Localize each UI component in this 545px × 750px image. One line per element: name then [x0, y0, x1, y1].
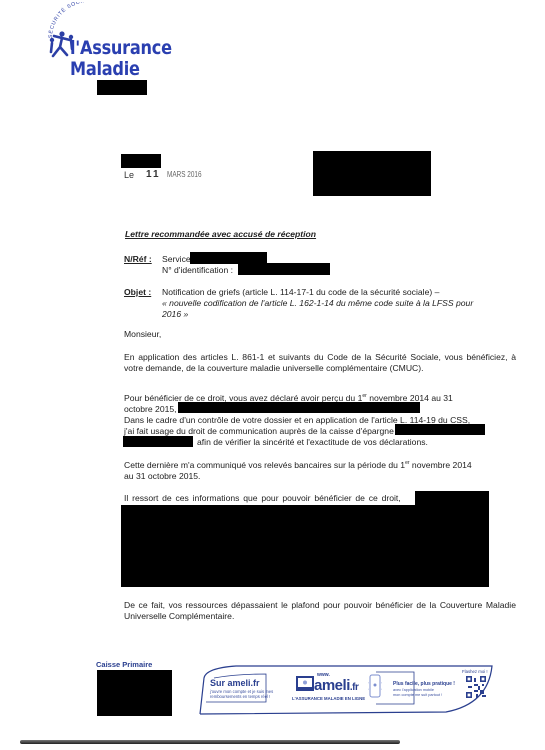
redacted-block — [123, 436, 193, 447]
paragraph-conclusion: De ce fait, vos ressources dépassaient l… — [124, 600, 516, 622]
banner-brand[interactable]: ameli.fr — [314, 677, 358, 694]
banner-app-sub-1: avec l'application mobile — [393, 688, 434, 692]
date-prefix: Le — [124, 170, 134, 180]
objet-label: Objet : — [124, 287, 151, 298]
redacted-findings — [121, 505, 489, 587]
date-month-year: MARS 2016 — [167, 170, 202, 179]
objet-line-1: Notification de griefs (article L. 114-1… — [162, 287, 439, 298]
paragraph-findings: Il ressort de ces informations que pour … — [124, 493, 401, 504]
salutation: Monsieur, — [124, 329, 161, 340]
paragraph-declared-income-end: octobre 2015, — [124, 404, 177, 415]
caisse-primaire-label: Caisse Primaire — [96, 660, 152, 669]
objet-line-3: 2016 » — [162, 309, 188, 320]
objet-line-2: « nouvelle codification de l'article L. … — [162, 298, 473, 309]
redacted-block — [395, 424, 485, 435]
redacted-address — [313, 151, 431, 196]
banner-brand-tagline: L'ASSURANCE MALADIE EN LIGNE — [292, 696, 365, 701]
paragraph-bank-statements-end: au 31 octobre 2015. — [124, 471, 200, 482]
redacted-block — [121, 154, 161, 168]
delivery-mode: Lettre recommandée avec accusé de récept… — [125, 229, 316, 240]
paragraph-bank-statements: Cette dernière m'a communiqué vos relevé… — [124, 460, 472, 471]
qr-code-icon[interactable] — [466, 676, 486, 698]
date-day: 11 — [146, 169, 161, 180]
paragraph-control-line-3: afin de vérifier la sincérité et l'exact… — [197, 437, 428, 448]
computer-icon — [296, 676, 314, 692]
qr-label: Flashez moi ! — [462, 669, 488, 674]
redacted-caisse-address — [97, 670, 172, 716]
scan-edge-shadow — [20, 740, 400, 744]
smartphone-icon — [368, 674, 382, 700]
banner-app-title: Plus facile, plus pratique ! — [393, 681, 455, 687]
paragraph-cmuc: En application des articles L. 861-1 et … — [124, 352, 516, 374]
redacted-block — [178, 402, 420, 413]
redacted-block — [97, 80, 147, 95]
redacted-block — [415, 491, 489, 505]
ref-service: Service — [162, 254, 191, 265]
ref-label: N/Réf : — [124, 254, 152, 265]
ameli-banner[interactable]: Sur ameli.fr j'ouvre mon compte et je su… — [196, 664, 496, 714]
logo-line-2: Maladie — [70, 58, 140, 80]
logo-line-1: l'Assurance — [70, 37, 172, 59]
banner-title: Sur ameli.fr — [210, 678, 260, 688]
banner-subtitle-2: remboursements en temps réel ! — [210, 694, 270, 699]
ref-id-label: N° d'identification : — [162, 265, 233, 276]
redacted-block — [238, 263, 330, 275]
banner-app-sub-2: mon compte me suit partout ! — [393, 693, 442, 697]
